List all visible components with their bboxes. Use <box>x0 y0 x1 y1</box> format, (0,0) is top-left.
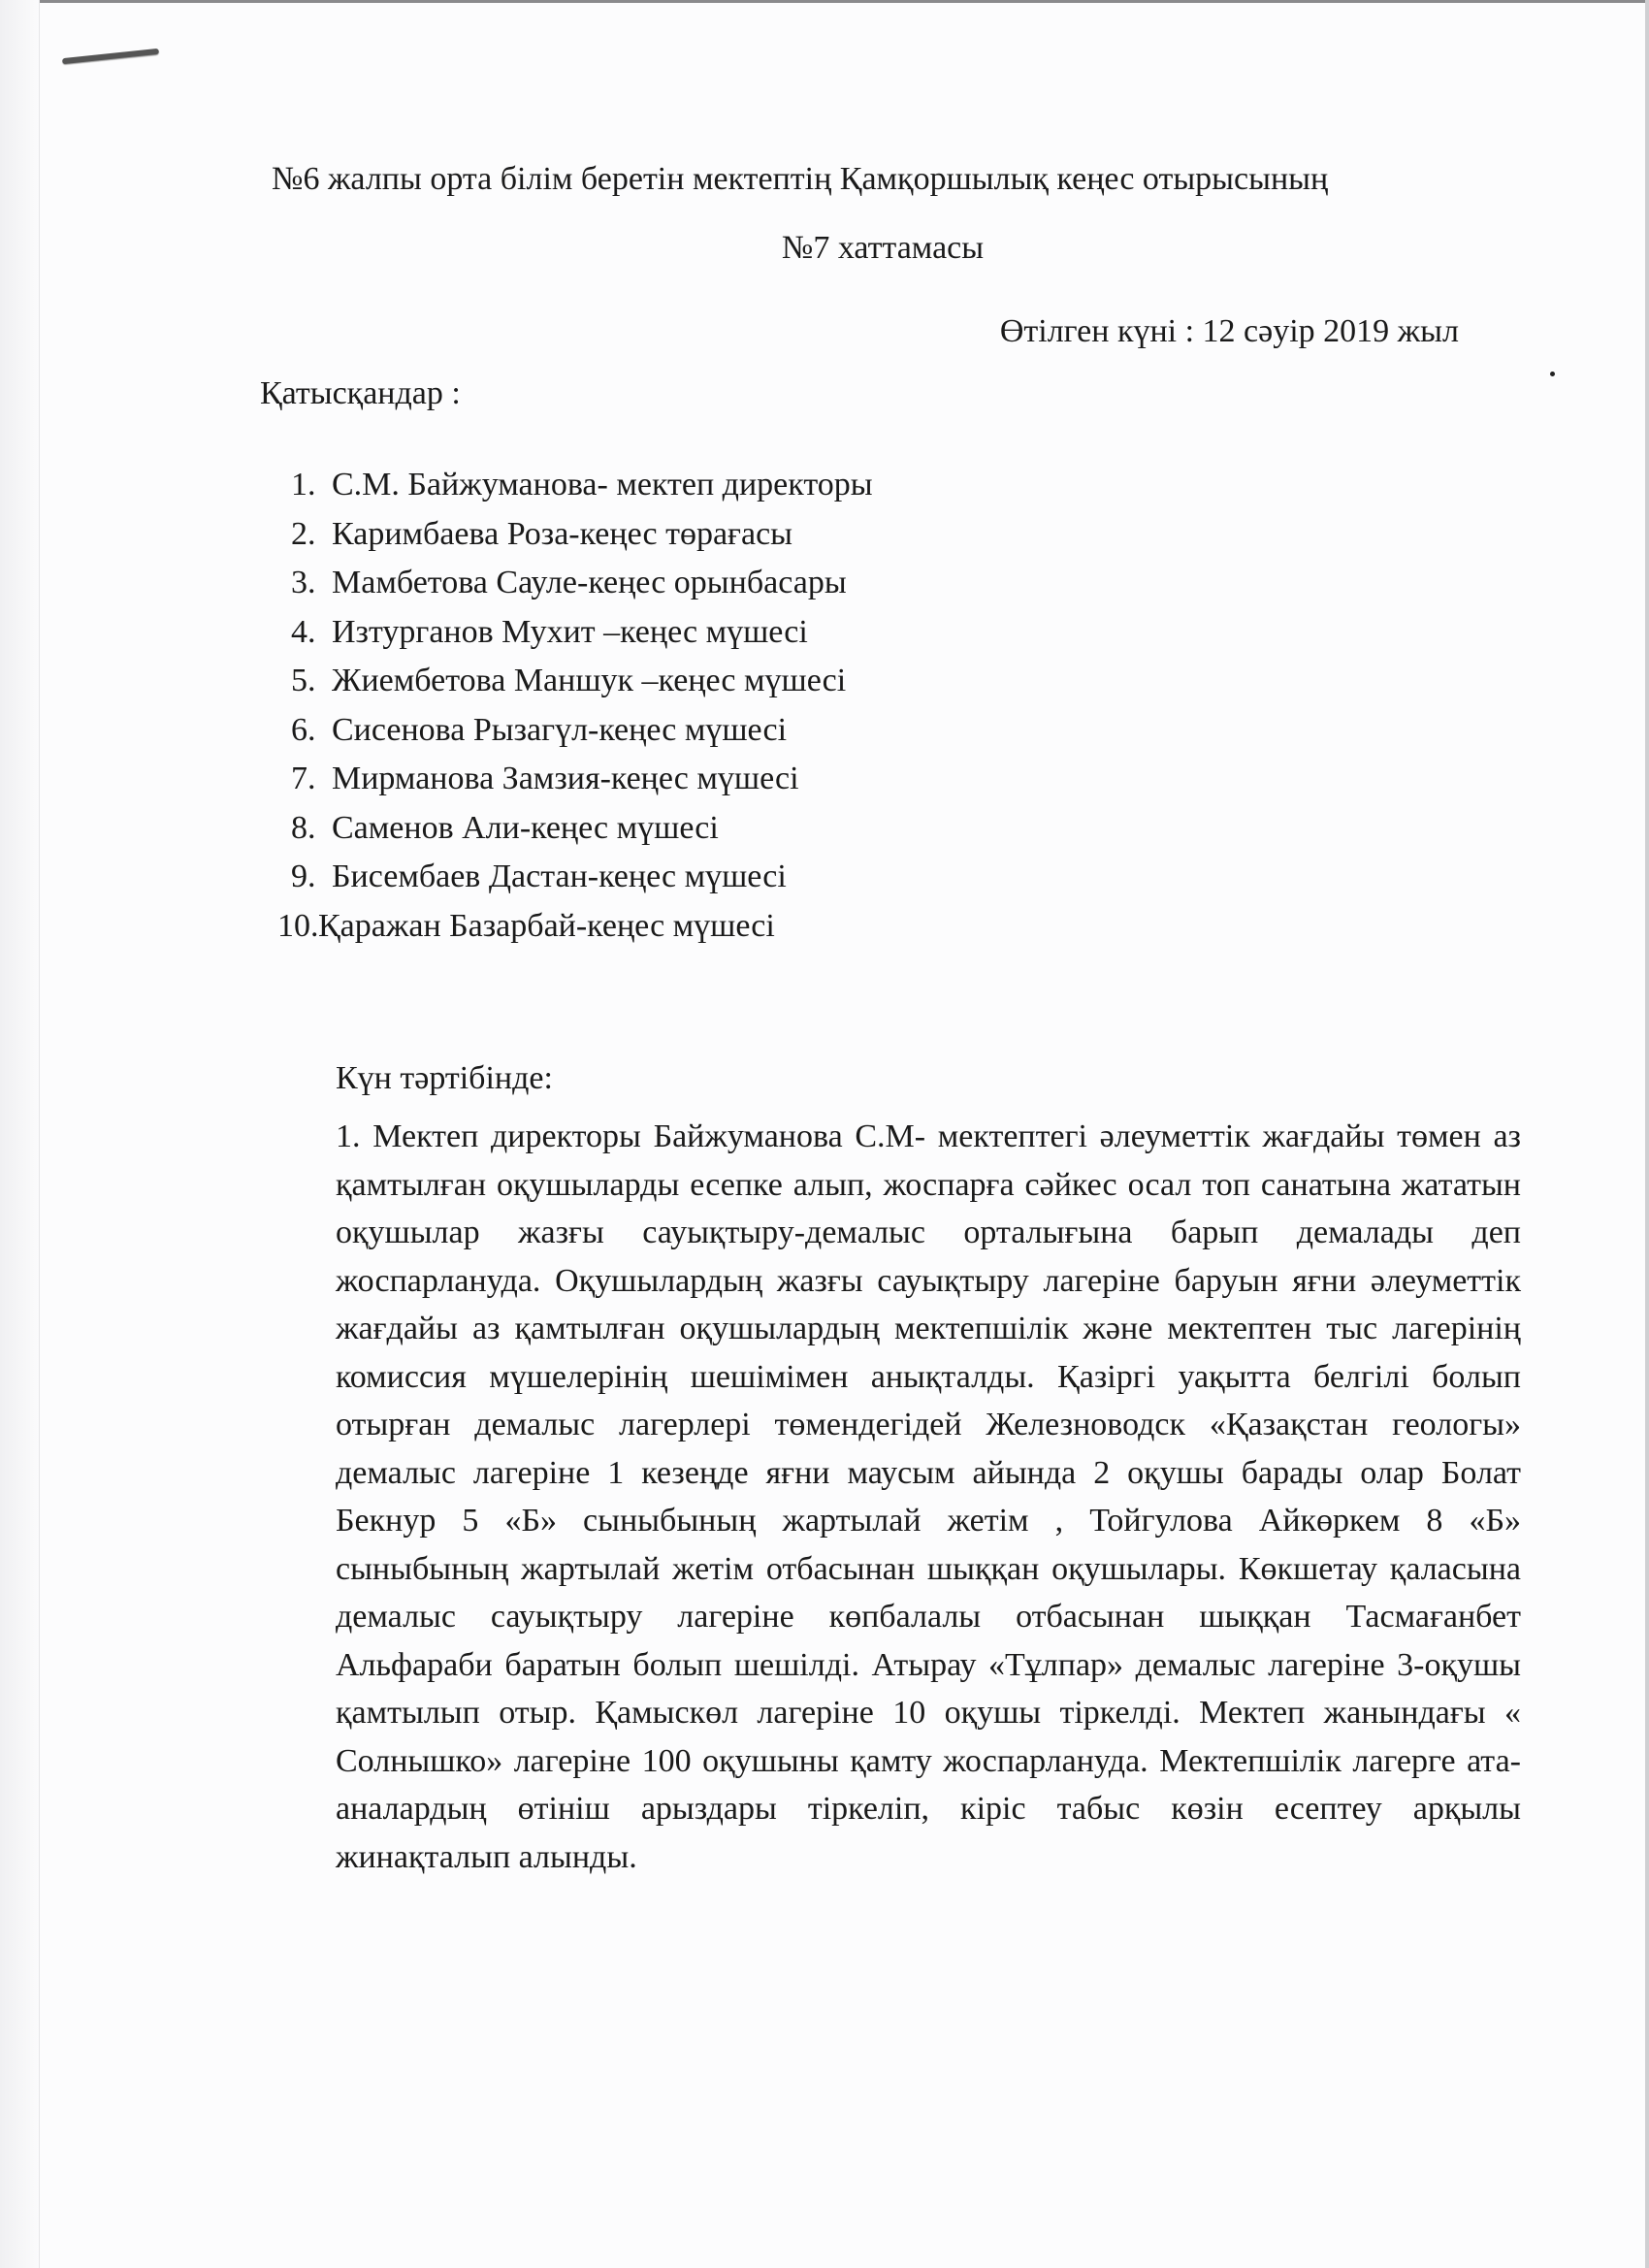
attendee-number: 7. <box>291 755 332 803</box>
attendee-item: 7.Мирманова Замзия-кеңес мүшесі <box>291 755 873 804</box>
attendee-number: 10. <box>277 902 318 951</box>
attendee-number: 3. <box>291 559 332 607</box>
attendee-text: Саменов Али-кеңес мүшесі <box>332 810 719 846</box>
attendee-text: Жиембетова Маншук –кеңес мүшесі <box>332 663 846 698</box>
attendee-text: Сисенова Рызагүл-кеңес мүшесі <box>332 712 787 748</box>
attendee-item: 2.Каримбаева Роза-кеңес төрағасы <box>291 510 873 560</box>
attendee-item: 5.Жиембетова Маншук –кеңес мүшесі <box>291 657 873 706</box>
scan-edge-top <box>0 0 1649 3</box>
staple-mark <box>62 49 159 64</box>
agenda-label: Күн тәртібінде: <box>336 1060 553 1097</box>
attendee-item: 8.Саменов Али-кеңес мүшесі <box>291 804 873 854</box>
attendee-number: 4. <box>291 608 332 657</box>
attendee-item: 3.Мамбетова Сауле-кеңес орынбасары <box>291 559 873 608</box>
document-title: №6 жалпы орта білім беретін мектептің Қа… <box>272 161 1328 198</box>
attendee-number: 5. <box>291 657 332 705</box>
scan-speck <box>1550 372 1555 376</box>
attendee-text: Бисембаев Дастан-кеңес мүшесі <box>332 859 787 894</box>
attendee-number: 9. <box>291 853 332 901</box>
attendees-label: Қатысқандар : <box>260 375 461 412</box>
attendee-text: Изтурганов Мухит –кеңес мүшесі <box>332 614 808 650</box>
attendee-item: 1.С.М. Байжуманова- мектеп директоры <box>291 461 873 510</box>
scan-edge-left <box>0 0 40 2268</box>
protocol-number: №7 хаттамасы <box>0 230 1649 267</box>
attendee-text: Мамбетова Сауле-кеңес орынбасары <box>332 565 847 600</box>
attendees-list: 1.С.М. Байжуманова- мектеп директоры 2.К… <box>291 461 873 951</box>
attendee-item: 9.Бисембаев Дастан-кеңес мүшесі <box>291 853 873 902</box>
attendee-number: 6. <box>291 706 332 755</box>
attendee-item: 6.Сисенова Рызагүл-кеңес мүшесі <box>291 706 873 756</box>
attendee-number: 8. <box>291 804 332 853</box>
attendee-number: 1. <box>291 461 332 509</box>
attendee-text: Қаражан Базарбай-кеңес мүшесі <box>318 908 775 944</box>
attendee-text: Мирманова Замзия-кеңес мүшесі <box>332 761 799 796</box>
attendee-text: Каримбаева Роза-кеңес төрағасы <box>332 516 792 552</box>
meeting-date: Өтілген күні : 12 сәуір 2019 жыл <box>1000 313 1459 350</box>
scanned-page: №6 жалпы орта білім беретін мектептің Қа… <box>0 0 1649 2268</box>
attendee-item: 4.Изтурганов Мухит –кеңес мүшесі <box>291 608 873 658</box>
attendee-number: 2. <box>291 510 332 559</box>
scan-edge-right <box>1645 0 1649 2268</box>
attendee-text: С.М. Байжуманова- мектеп директоры <box>332 467 873 502</box>
attendee-item: 10.Қаражан Базарбай-кеңес мүшесі <box>277 902 873 952</box>
agenda-paragraph: 1. Мектеп директоры Байжуманова С.М- мек… <box>336 1113 1521 1881</box>
